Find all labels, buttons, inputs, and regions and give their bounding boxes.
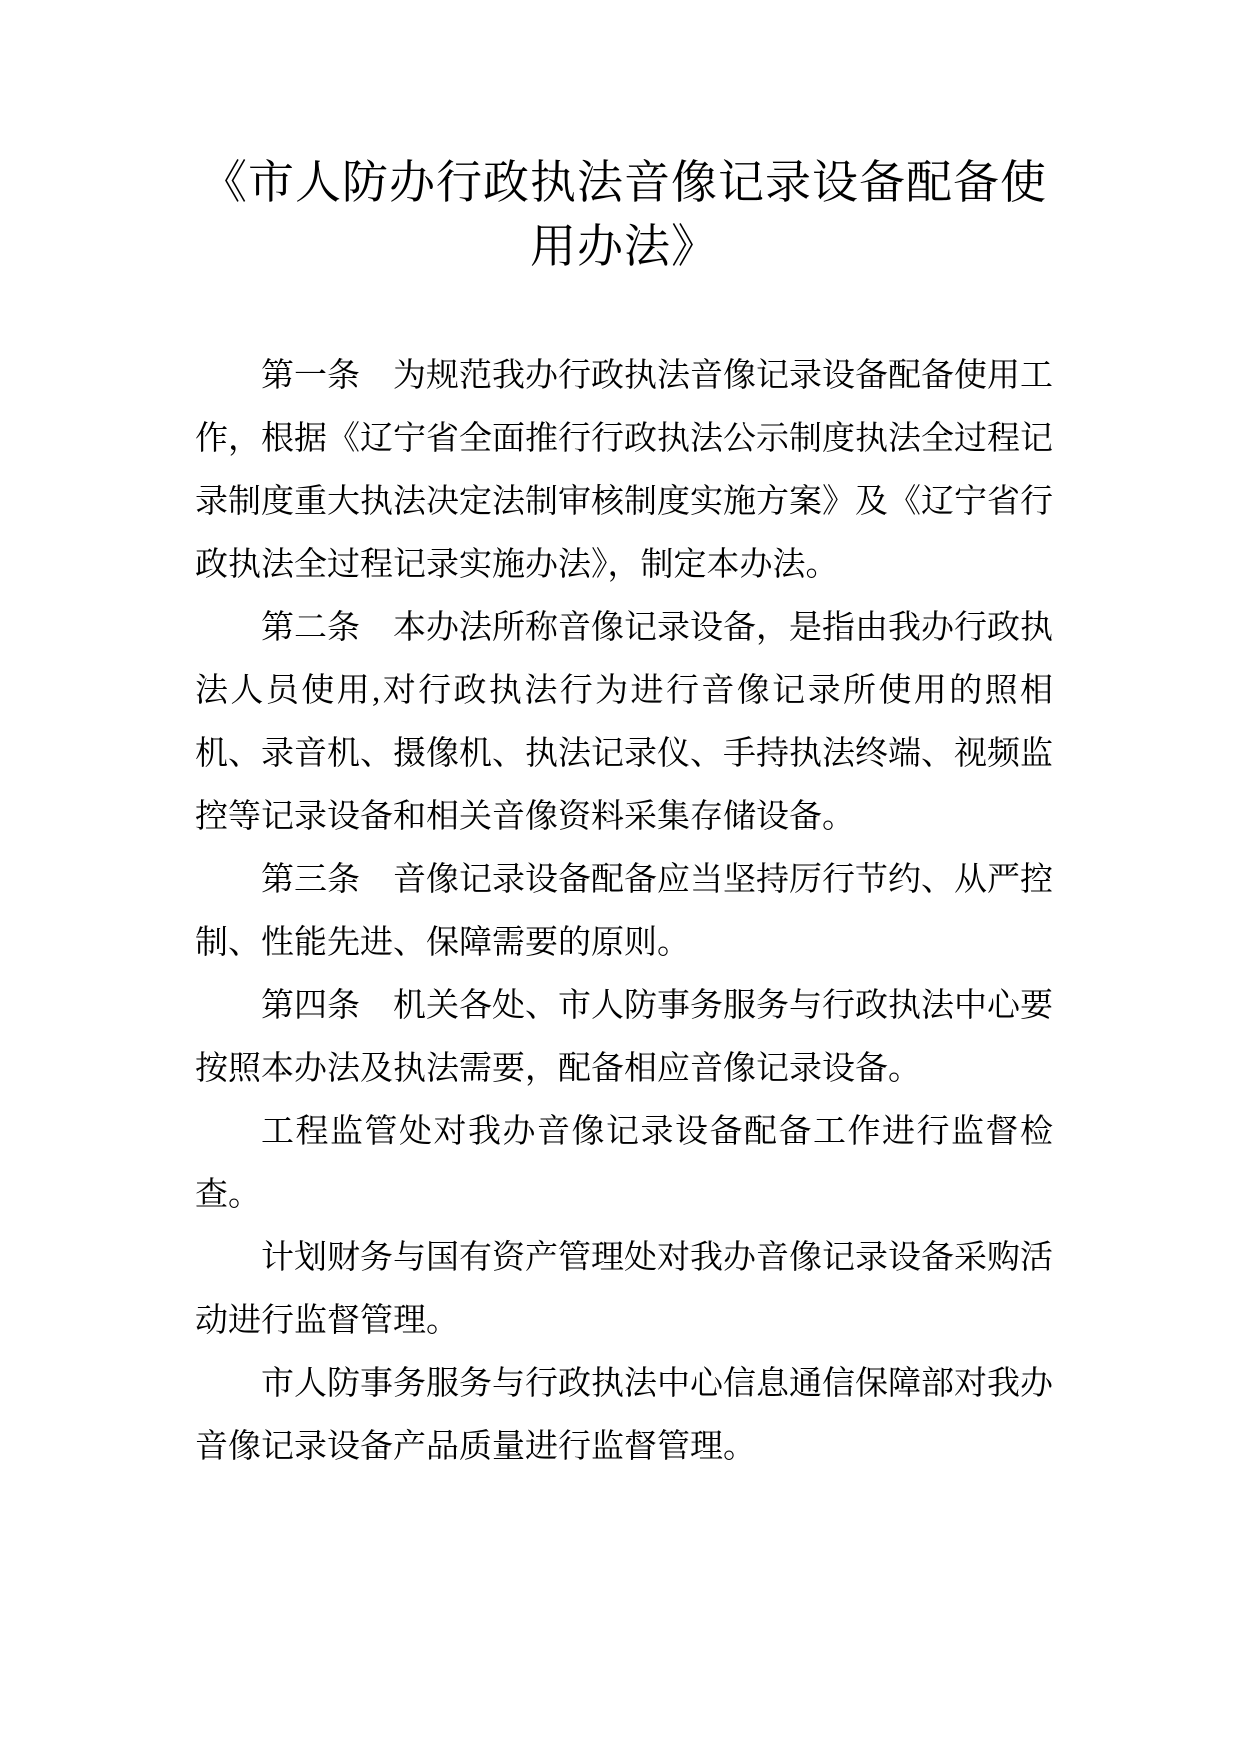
paragraph-article-2: 第二条 本办法所称音像记录设备，是指由我办行政执法人员使用,对行政执法行为进行音…	[195, 597, 1053, 849]
document-page: 《市人防办行政执法音像记录设备配备使用办法》 第一条 为规范我办行政执法音像记录…	[0, 0, 1241, 1754]
paragraph-article-4-procurement: 计划财务与国有资产管理处对我办音像记录设备采购活动进行监督管理。	[195, 1227, 1053, 1353]
paragraph-article-4: 第四条 机关各处、市人防事务服务与行政执法中心要按照本办法及执法需要，配备相应音…	[195, 975, 1053, 1101]
paragraph-article-4-supervision: 工程监管处对我办音像记录设备配备工作进行监督检查。	[195, 1101, 1053, 1227]
document-content: 《市人防办行政执法音像记录设备配备使用办法》 第一条 为规范我办行政执法音像记录…	[195, 151, 1053, 1479]
paragraph-article-1: 第一条 为规范我办行政执法音像记录设备配备使用工作，根据《辽宁省全面推行行政执法…	[195, 345, 1053, 597]
paragraph-article-3: 第三条 音像记录设备配备应当坚持厉行节约、从严控制、性能先进、保障需要的原则。	[195, 849, 1053, 975]
document-body: 第一条 为规范我办行政执法音像记录设备配备使用工作，根据《辽宁省全面推行行政执法…	[195, 345, 1053, 1479]
document-title: 《市人防办行政执法音像记录设备配备使用办法》	[195, 151, 1053, 279]
paragraph-article-4-quality: 市人防事务服务与行政执法中心信息通信保障部对我办音像记录设备产品质量进行监督管理…	[195, 1353, 1053, 1479]
